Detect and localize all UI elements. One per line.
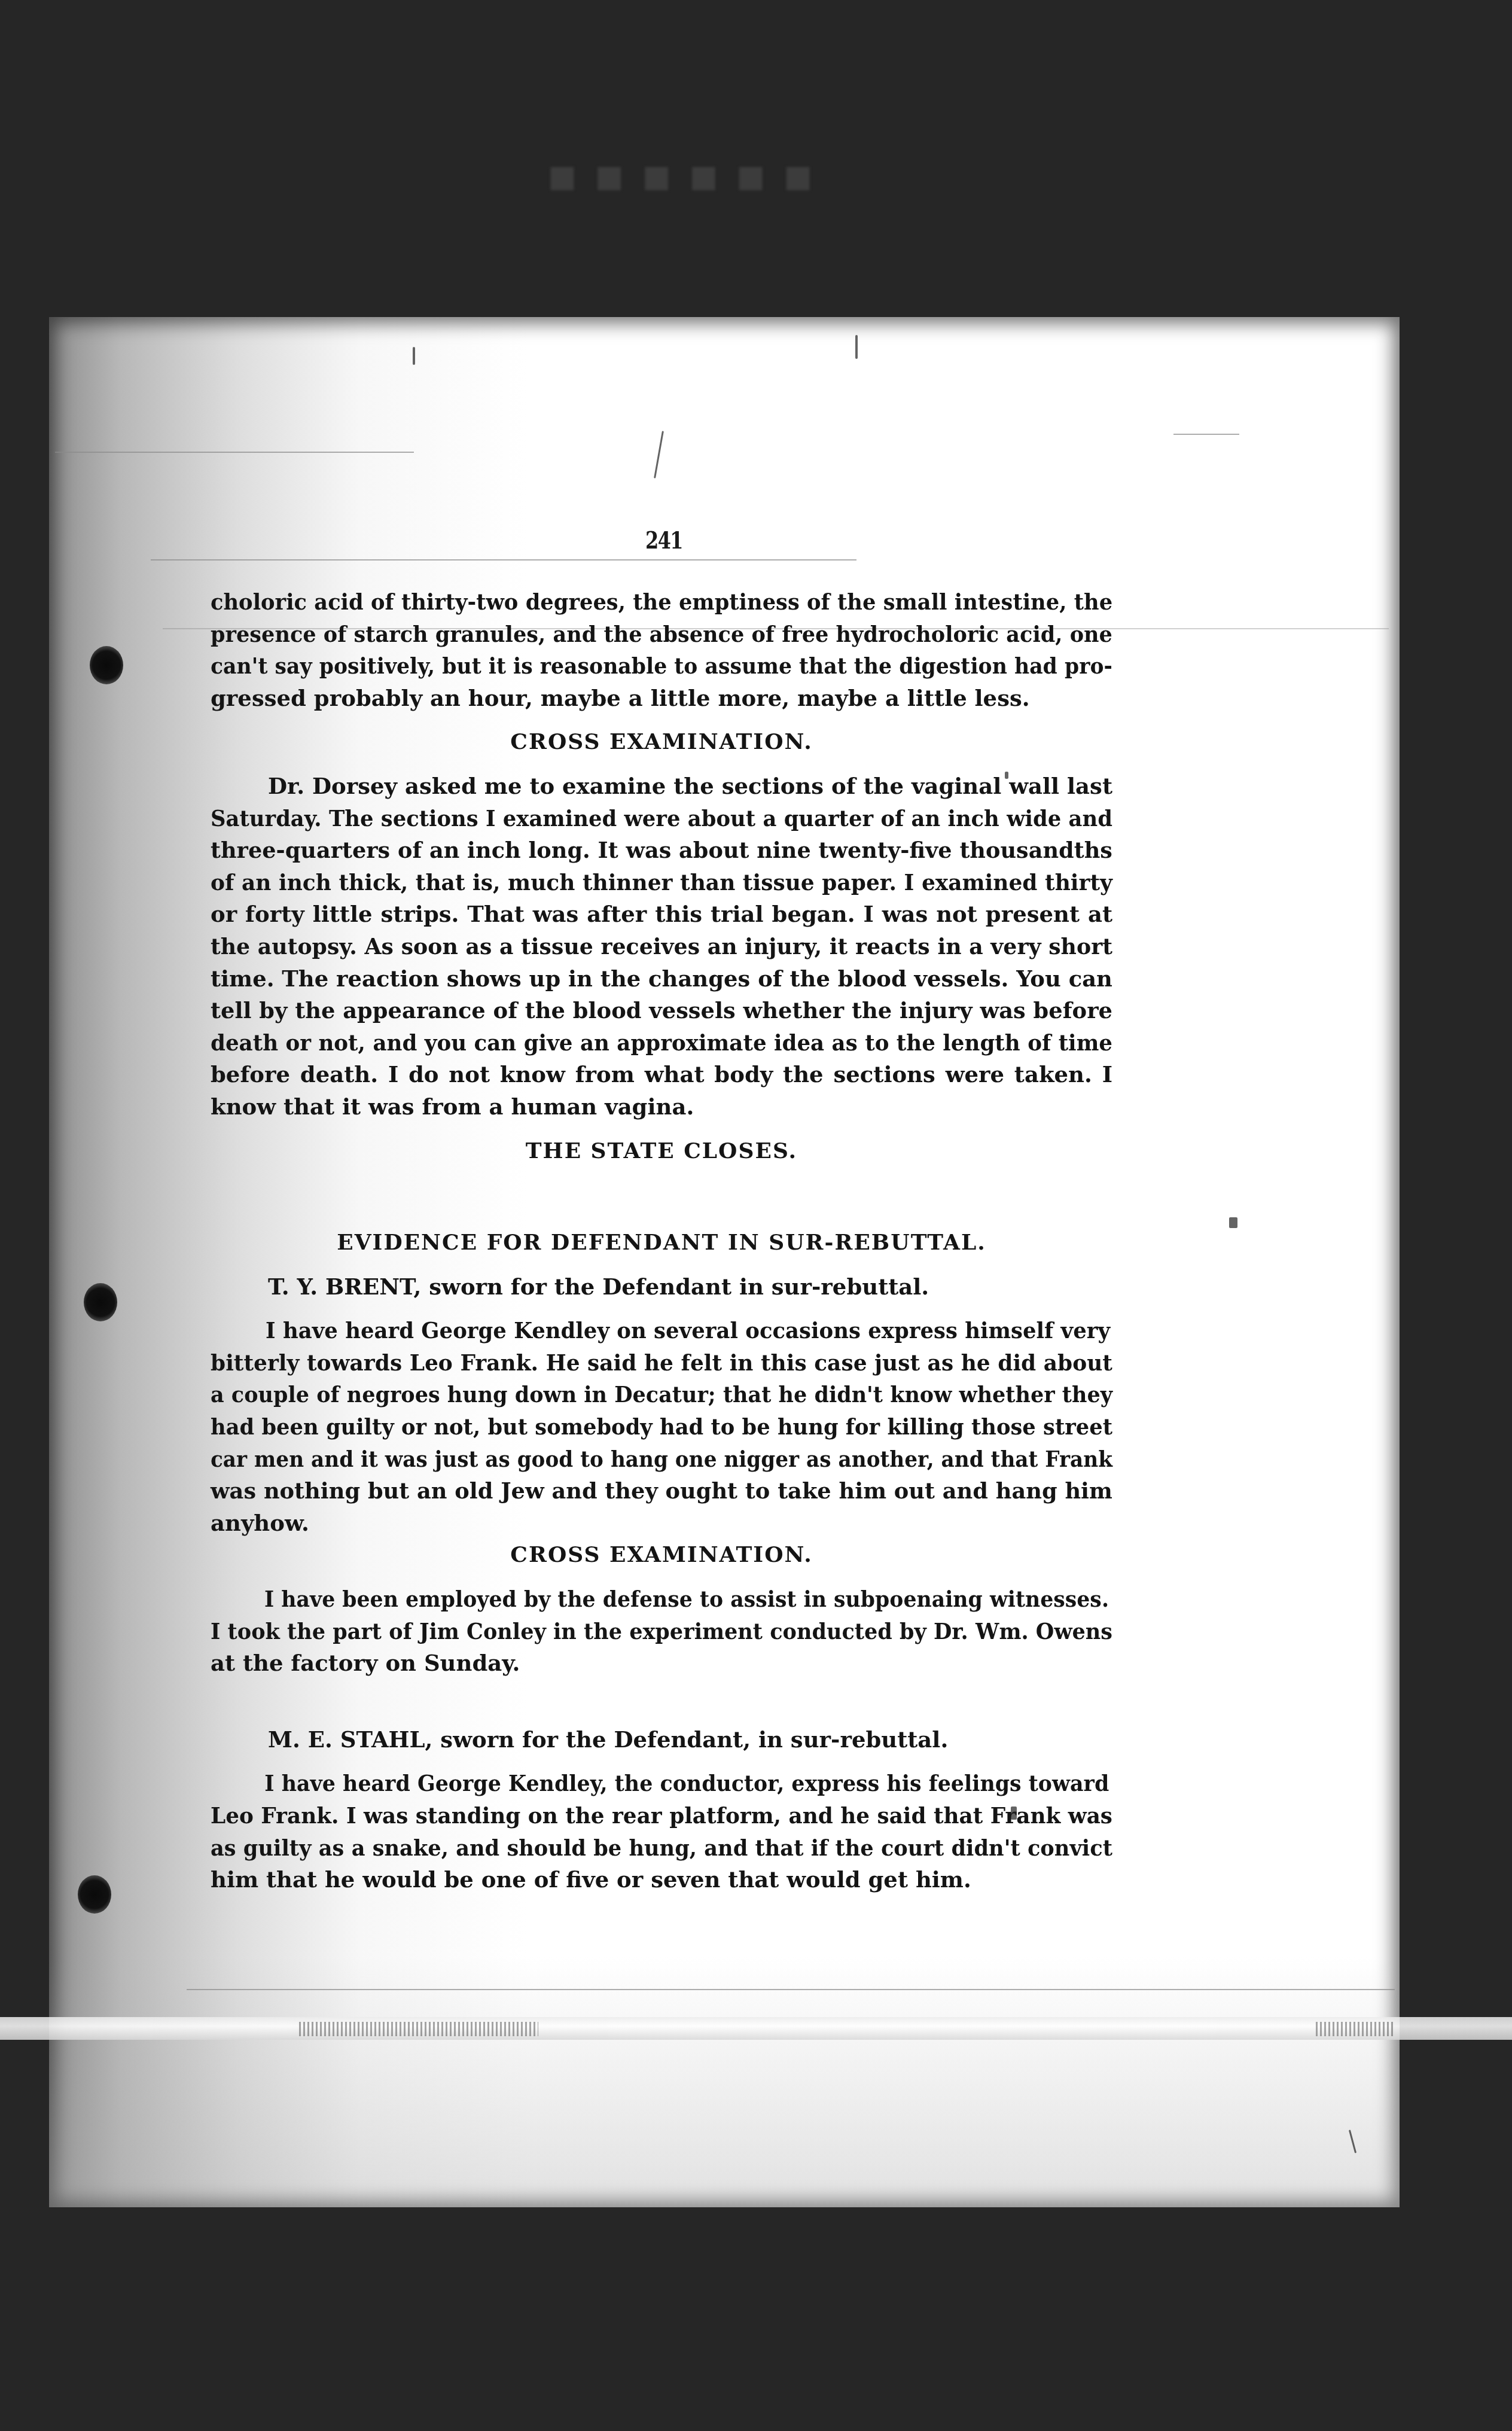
scan-speck [1229,1217,1237,1228]
scan-speck [1005,772,1008,779]
film-smudge [1316,2022,1394,2036]
witness-intro-stahl: M. E. STAHL, sworn for the Defendant, in… [211,1724,1112,1756]
text-line: anyhow. [211,1507,1112,1540]
text-line: bitterly towards Leo Frank. He said he f… [211,1347,1087,1379]
cross-examination-paragraph: Dr. Dorsey asked me to examine the secti… [211,770,1112,1123]
page-shading [49,1956,1400,2207]
text-line: as guilty as a snake, and should be hung… [211,1832,1068,1865]
text-line: him that he would be one of five or seve… [211,1864,1112,1896]
text-line: three-quarters of an inch long. It was a… [211,834,1104,867]
brent-testimony-paragraph: I have heard George Kendley on several o… [211,1315,1112,1539]
witness-intro-brent: T. Y. BRENT, sworn for the Defendant in … [211,1271,1112,1303]
scan-rule [151,559,856,560]
section-heading-cross-examination: CROSS EXAMINATION. [211,1539,1112,1571]
text-line: before death. I do not know from what bo… [211,1059,1112,1091]
brent-cross-examination-paragraph: I have been employed by the defense to a… [211,1583,1112,1680]
text-line: or forty little strips. That was after t… [211,898,1112,931]
text-line: at the factory on Sunday. [211,1647,1112,1680]
scan-speck [1011,1807,1017,1820]
text-line: I have heard George Kendley on several o… [211,1315,1075,1347]
text-line: had been guilty or not, but somebody had… [211,1411,1070,1443]
scan-rule [187,1989,1395,1990]
section-heading-evidence-for-defendant: EVIDENCE FOR DEFENDANT IN SUR-REBUTTAL. [211,1227,1112,1259]
text-line: the autopsy. As soon as a tissue receive… [211,931,1095,963]
text-line: I took the part of Jim Conley in the exp… [211,1616,1065,1648]
section-heading-cross-examination: CROSS EXAMINATION. [211,726,1112,758]
text-line: I have heard George Kendley, the conduct… [211,1768,1059,1800]
text-line: choloric acid of thirty-two degrees, the… [211,586,1070,619]
text-line: of an inch thick, that is, much thinner … [211,867,1088,899]
text-line: Leo Frank. I was standing on the rear pl… [211,1800,1083,1832]
text-line: Dr. Dorsey asked me to examine the secti… [211,770,1112,803]
text-line: gressed probably an hour, maybe a little… [211,683,1112,715]
text-line: can't say positively, but it is reasonab… [211,650,1056,683]
scan-speck [413,347,415,365]
scan-speck [855,335,858,359]
text-line: was nothing but an old Jew and they ough… [211,1475,1106,1507]
film-smudge [299,2022,538,2036]
text-line: tell by the appearance of the blood vess… [211,995,1108,1027]
film-splice-band [0,2017,1512,2040]
continued-paragraph: choloric acid of thirty-two degrees, the… [211,586,1112,714]
section-heading-state-closes: THE STATE CLOSES. [211,1135,1112,1168]
page-number: 241 [645,526,683,555]
stahl-testimony-paragraph: I have heard George Kendley, the conduct… [211,1768,1112,1896]
text-line: a couple of negroes hung down in Decatur… [211,1379,1063,1411]
text-line: presence of starch granules, and the abs… [211,619,1066,651]
scan-rule [1173,434,1239,435]
scan-rule [55,452,414,453]
punch-hole [90,646,123,684]
punch-hole [84,1283,117,1321]
text-line: car men and it was just as good to hang … [211,1443,1046,1476]
text-line: death or not, and you can give an approx… [211,1027,1080,1059]
microfilm-reel-mark: ▪▪▪▪▪▪ [520,148,855,202]
punch-hole [78,1875,111,1914]
document-body: choloric acid of thirty-two degrees, the… [211,586,1112,1896]
text-line: I have been employed by the defense to a… [211,1583,1056,1616]
text-line: Saturday. The sections I examined were a… [211,803,1072,835]
text-line: know that it was from a human vagina. [211,1091,1112,1123]
text-line: time. The reaction shows up in the chang… [211,963,1111,995]
